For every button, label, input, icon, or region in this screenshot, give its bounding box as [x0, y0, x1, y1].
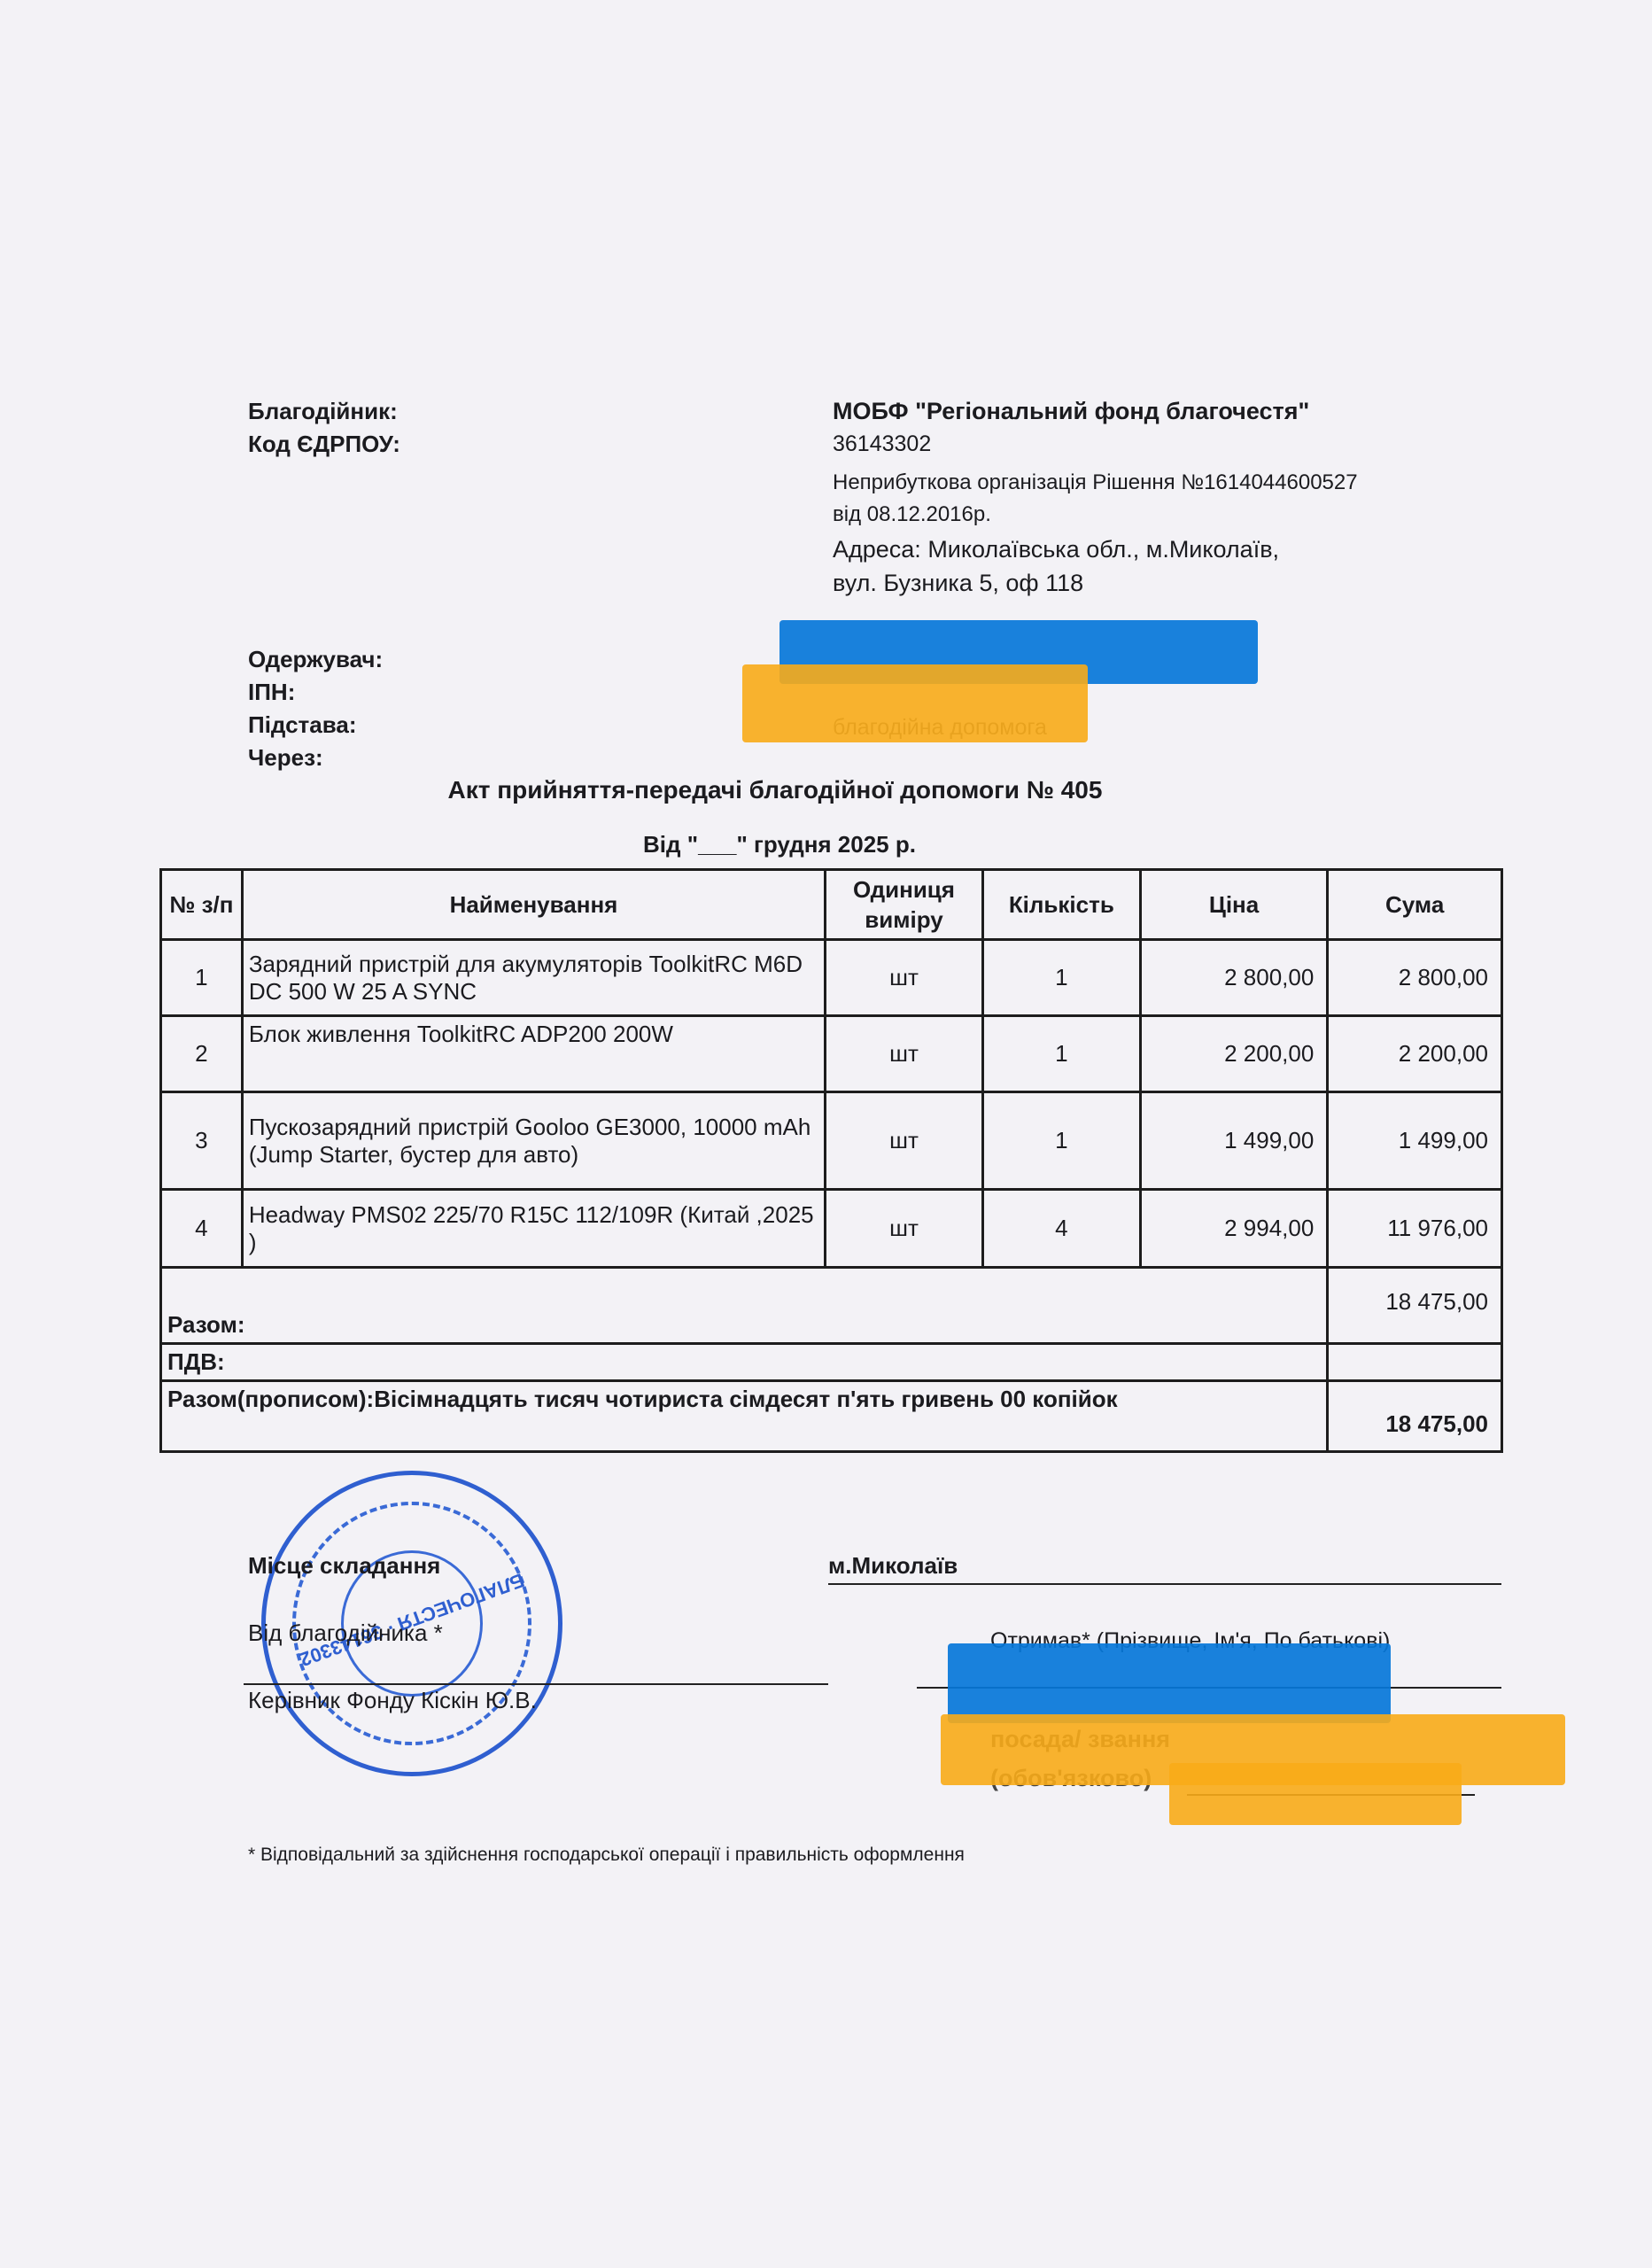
item-unit: шт — [826, 1016, 983, 1092]
row-number: 1 — [161, 940, 243, 1016]
place-value: м.Миколаїв — [828, 1552, 1501, 1585]
col-header-sum: Сума — [1328, 870, 1502, 940]
document-title: Акт прийняття-передачі благодійної допом… — [0, 776, 1550, 804]
redaction-recipient-mandatory — [1169, 1763, 1462, 1825]
edrpou-label: Код ЄДРПОУ: — [248, 428, 400, 461]
table-row: 4 Headway PMS02 225/70 R15C 112/109R (Ки… — [161, 1190, 1502, 1268]
table-row: 2 Блок живлення ToolkitRC ADP200 200W шт… — [161, 1016, 1502, 1092]
table-row: 3 Пускозарядний пристрій Gooloo GE3000, … — [161, 1092, 1502, 1190]
footnote: * Відповідальний за здійснення господарс… — [248, 1845, 965, 1866]
donor-label: Благодійник: — [248, 395, 398, 428]
row-number: 4 — [161, 1190, 243, 1268]
item-name: Блок живлення ToolkitRC ADP200 200W — [242, 1016, 825, 1092]
row-number: 3 — [161, 1092, 243, 1190]
item-quantity: 1 — [982, 1016, 1140, 1092]
table-header-row: № з/п Найменування Одиниця виміру Кількі… — [161, 870, 1502, 940]
total-in-words-row: Разом(прописом):Вісімнадцять тисяч чотир… — [161, 1381, 1502, 1452]
item-sum: 2 200,00 — [1328, 1016, 1502, 1092]
total-label: Разом: — [161, 1268, 1328, 1344]
donor-name: МОБФ "Регіональний фонд благочестя" — [833, 395, 1309, 428]
decision-date: від 08.12.2016р. — [833, 498, 991, 531]
item-quantity: 1 — [982, 940, 1140, 1016]
address-line-1: Адреса: Миколаївська обл., м.Миколаїв, — [833, 533, 1279, 566]
from-donor-label: Від благодійника * — [248, 1619, 443, 1647]
item-name: Зарядний пристрій для акумуляторів Toolk… — [242, 940, 825, 1016]
item-unit: шт — [826, 1092, 983, 1190]
tax-id-label: ІПН: — [248, 676, 295, 709]
total-row: Разом: 18 475,00 — [161, 1268, 1502, 1344]
item-name: Пускозарядний пристрій Gooloo GE3000, 10… — [242, 1092, 825, 1190]
item-sum: 1 499,00 — [1328, 1092, 1502, 1190]
col-header-number: № з/п — [161, 870, 243, 940]
address-line-2: вул. Бузника 5, оф 118 — [833, 567, 1083, 600]
redaction-tax-id — [742, 664, 1088, 742]
vat-label: ПДВ: — [161, 1344, 1328, 1381]
col-header-unit: Одиниця виміру — [826, 870, 983, 940]
table-row: 1 Зарядний пристрій для акумуляторів Too… — [161, 940, 1502, 1016]
vat-row: ПДВ: — [161, 1344, 1502, 1381]
nonprofit-line: Неприбуткова організація Рішення №161404… — [833, 466, 1358, 499]
grand-total-value: 18 475,00 — [1328, 1381, 1502, 1452]
item-price: 2 800,00 — [1140, 940, 1328, 1016]
total-value: 18 475,00 — [1328, 1268, 1502, 1344]
via-label: Через: — [248, 742, 323, 774]
col-header-price: Ціна — [1140, 870, 1328, 940]
items-table: № з/п Найменування Одиниця виміру Кількі… — [159, 868, 1503, 1453]
item-unit: шт — [826, 940, 983, 1016]
item-quantity: 1 — [982, 1092, 1140, 1190]
item-price: 1 499,00 — [1140, 1092, 1328, 1190]
item-quantity: 4 — [982, 1190, 1140, 1268]
item-sum: 11 976,00 — [1328, 1190, 1502, 1268]
item-price: 2 994,00 — [1140, 1190, 1328, 1268]
document-date: Від "___" грудня 2025 р. — [0, 831, 1559, 858]
total-in-words: Разом(прописом):Вісімнадцять тисяч чотир… — [161, 1381, 1328, 1452]
redaction-recipient-signature — [948, 1643, 1391, 1723]
item-unit: шт — [826, 1190, 983, 1268]
recipient-label: Одержувач: — [248, 643, 383, 676]
col-header-quantity: Кількість — [982, 870, 1140, 940]
edrpou-value: 36143302 — [833, 428, 931, 461]
vat-value — [1328, 1344, 1502, 1381]
col-header-name: Найменування — [242, 870, 825, 940]
item-sum: 2 800,00 — [1328, 940, 1502, 1016]
row-number: 2 — [161, 1016, 243, 1092]
place-label: Місце складання — [248, 1552, 440, 1580]
item-price: 2 200,00 — [1140, 1016, 1328, 1092]
basis-label: Підстава: — [248, 709, 356, 742]
head-signature-label: Керівник Фонду Кіскін Ю.В. — [248, 1687, 537, 1714]
donor-signature-line — [244, 1683, 828, 1685]
item-name: Headway PMS02 225/70 R15C 112/109R (Кита… — [242, 1190, 825, 1268]
